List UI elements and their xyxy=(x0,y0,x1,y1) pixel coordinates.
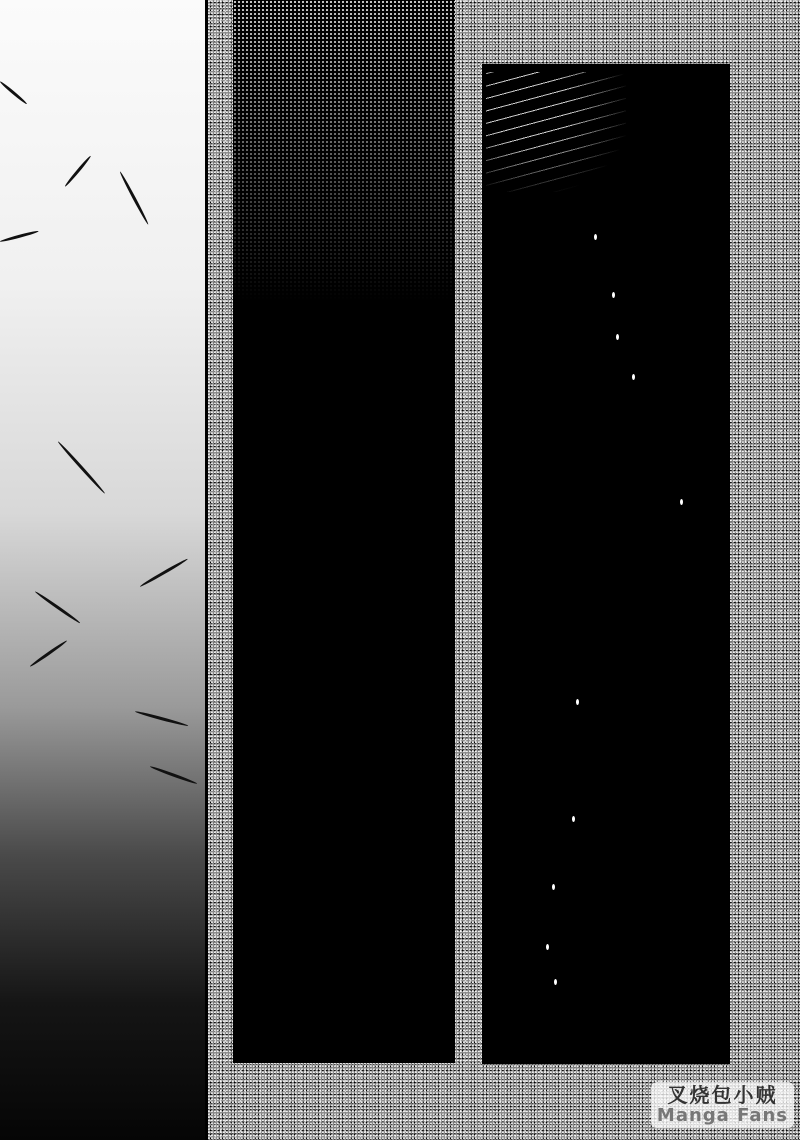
leaf-illustration xyxy=(0,230,39,243)
speck xyxy=(572,816,575,822)
watermark-cn: 叉烧包小贼 xyxy=(657,1084,788,1106)
leaf-illustration xyxy=(139,558,188,588)
speck xyxy=(576,699,579,705)
left-panel-falling-leaves xyxy=(0,0,205,1140)
speck xyxy=(680,499,683,505)
speck xyxy=(632,374,635,380)
speck xyxy=(594,234,597,240)
leaf-illustration xyxy=(0,80,28,105)
light-streaks xyxy=(486,72,626,192)
speck xyxy=(612,292,615,298)
dark-panel-right xyxy=(482,64,730,1064)
leaf-illustration xyxy=(57,440,106,494)
leaf-illustration xyxy=(64,155,92,188)
speck xyxy=(552,884,555,890)
leaf-illustration xyxy=(119,171,150,225)
leaf-illustration xyxy=(135,710,189,727)
speck xyxy=(554,979,557,985)
watermark-en: Manga Fans xyxy=(657,1106,788,1126)
speck xyxy=(546,944,549,950)
leaf-illustration xyxy=(29,639,68,667)
scanlation-watermark: 叉烧包小贼 Manga Fans xyxy=(651,1082,794,1128)
dark-panel-left xyxy=(233,0,455,1063)
leaf-illustration xyxy=(34,590,81,624)
leaf-illustration xyxy=(149,765,197,785)
speck xyxy=(616,334,619,340)
mesh-texture xyxy=(233,0,455,300)
